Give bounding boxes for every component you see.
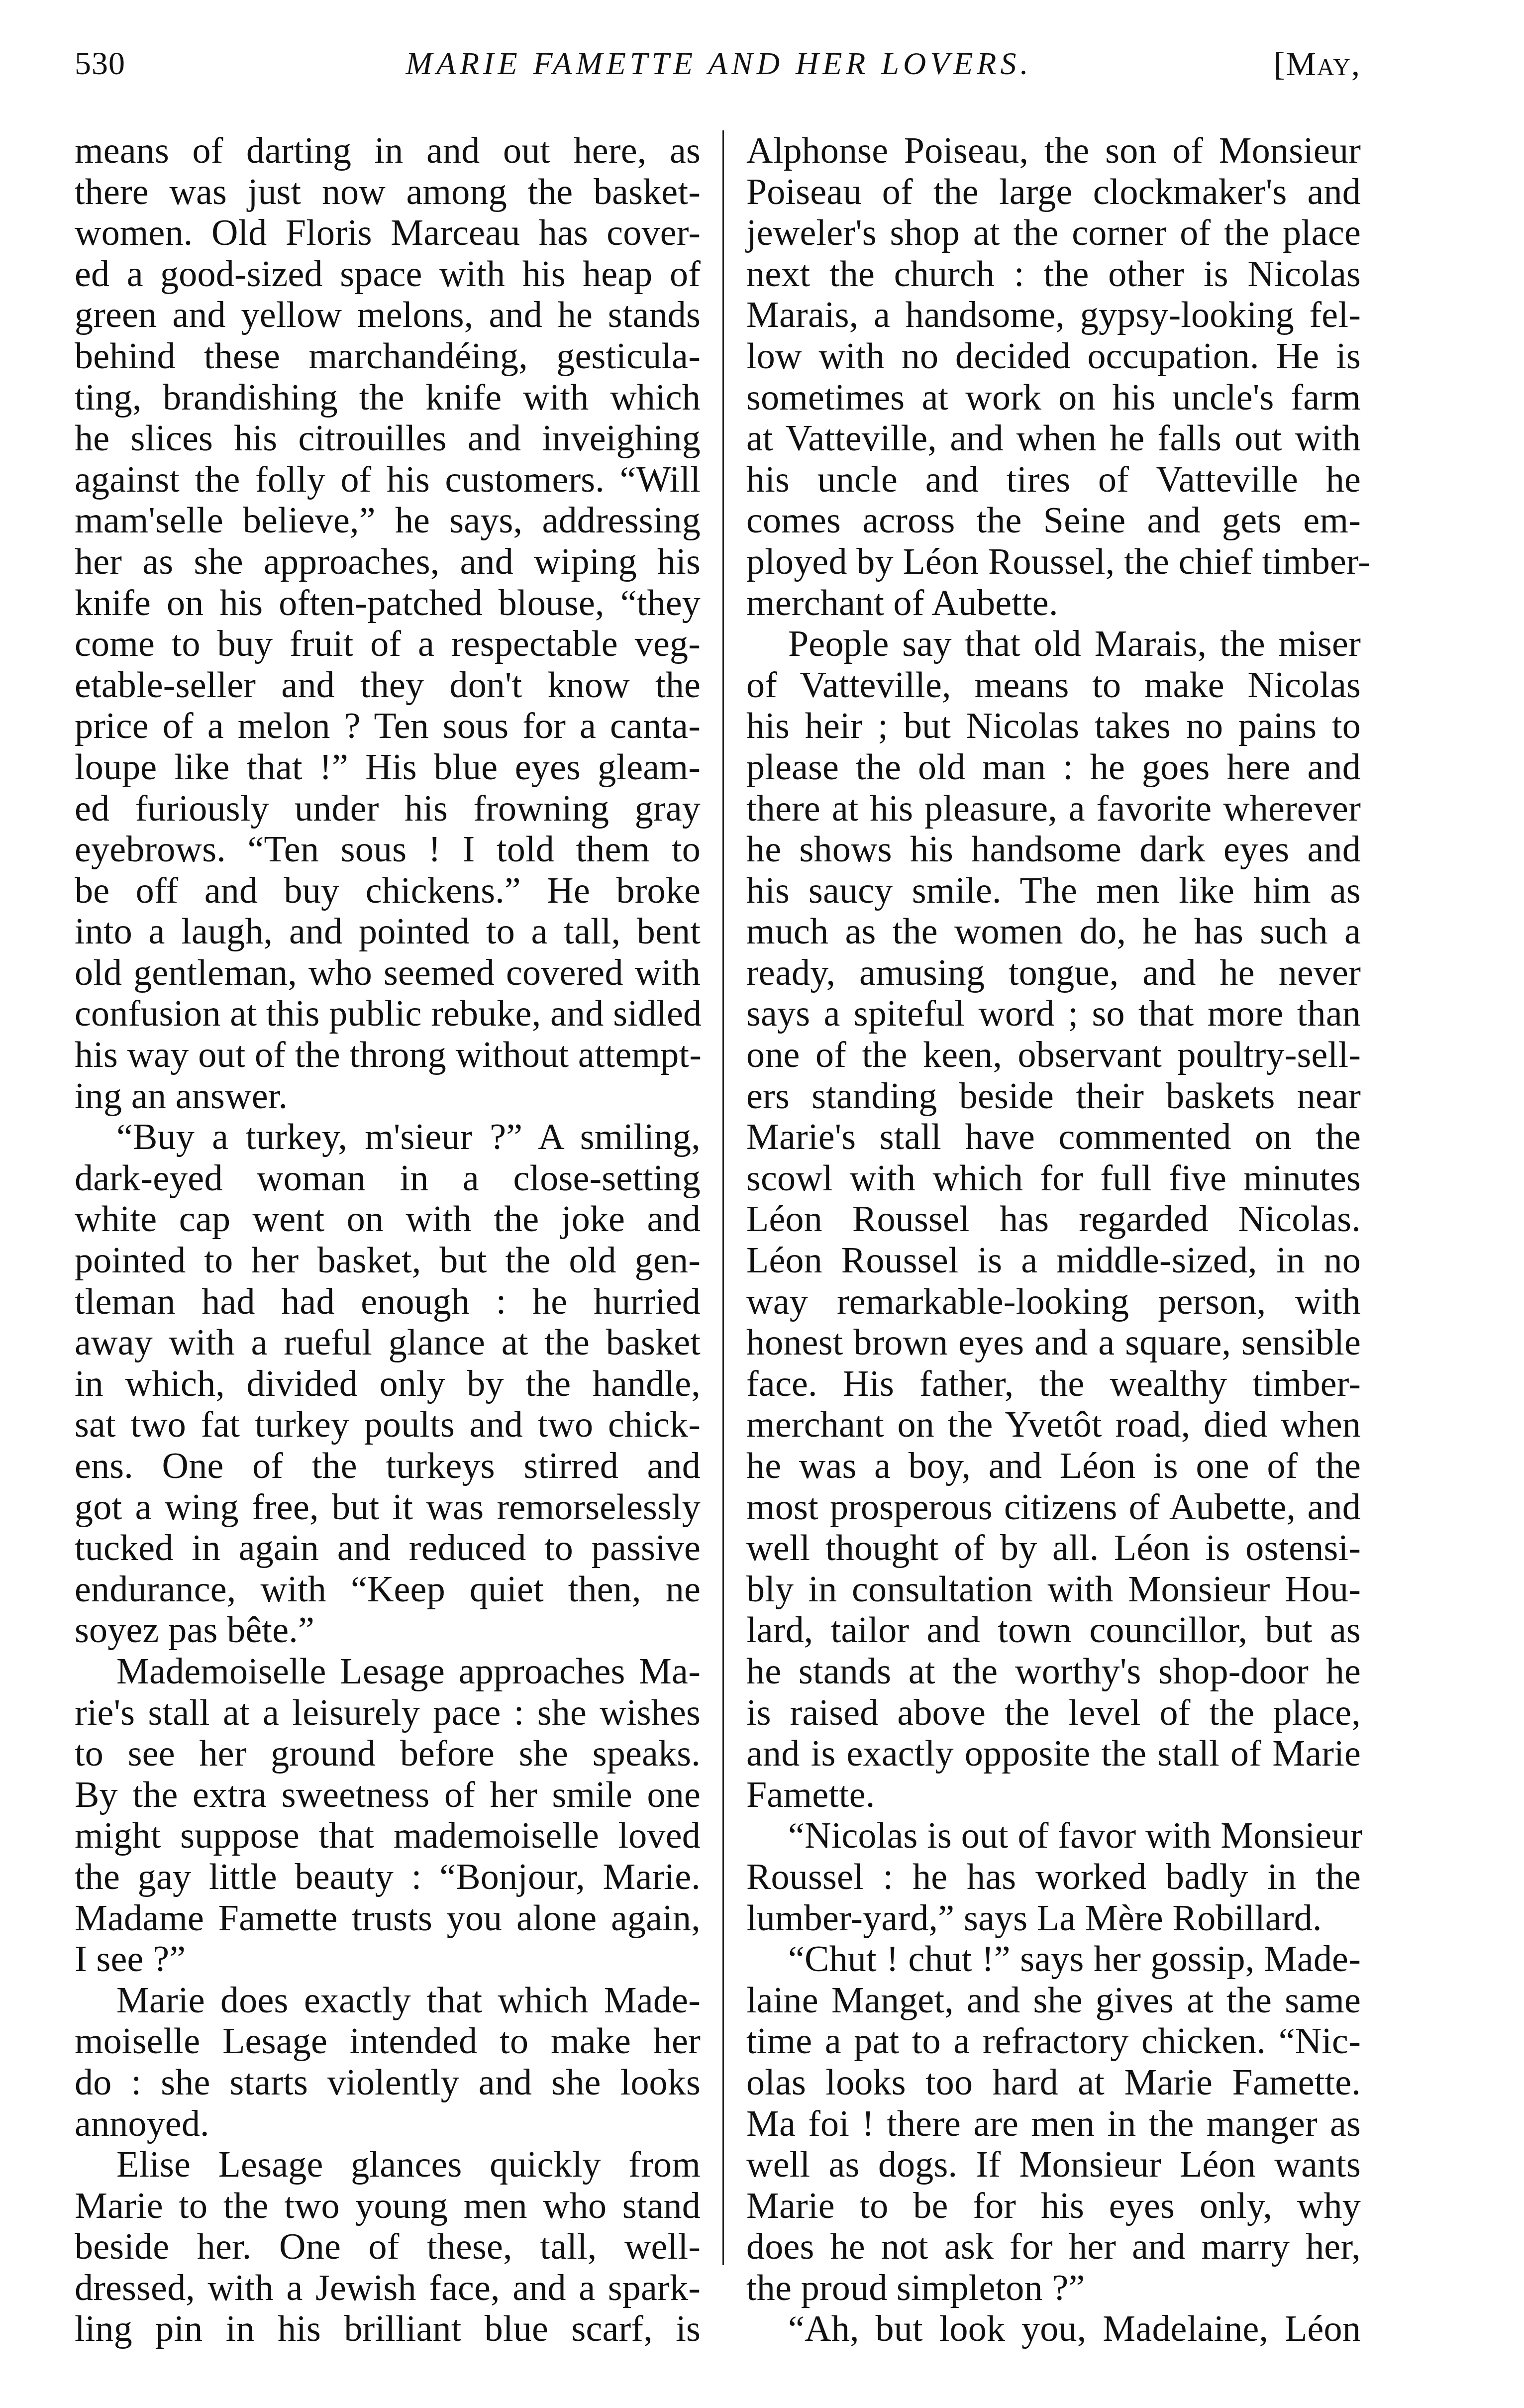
text-line: “Buy a turkey, m'sieur ?” A smiling, bbox=[75, 1117, 701, 1158]
text-line: one of the keen, observant poultry-sell- bbox=[746, 1035, 1361, 1076]
text-line: endurance, with “Keep quiet then, ne bbox=[75, 1569, 701, 1610]
text-line: etable-seller and they don't know the bbox=[75, 665, 701, 706]
text-line: sat two fat turkey poults and two chick- bbox=[75, 1404, 701, 1446]
text-line: Léon Roussel has regarded Nicolas. bbox=[746, 1199, 1361, 1240]
text-line: at Vatteville, and when he falls out wit… bbox=[746, 418, 1361, 459]
text-line: his saucy smile. The men like him as bbox=[746, 870, 1361, 912]
text-line: her as she approaches, and wiping his bbox=[75, 541, 701, 583]
text-line: to see her ground before she speaks. bbox=[75, 1733, 701, 1775]
text-line: green and yellow melons, and he stands bbox=[75, 295, 701, 336]
text-line: sometimes at work on his uncle's farm bbox=[746, 377, 1361, 419]
text-line: there at his pleasure, a favorite wherev… bbox=[746, 788, 1361, 830]
text-line: come to buy fruit of a respectable veg- bbox=[75, 624, 701, 665]
issue-month: [May, bbox=[1274, 44, 1361, 84]
text-line: ens. One of the turkeys stirred and bbox=[75, 1446, 701, 1487]
text-line: ed a good-sized space with his heap of bbox=[75, 254, 701, 295]
text-line: time a pat to a refractory chicken. “Nic… bbox=[746, 2021, 1361, 2062]
text-line: tleman had had enough : he hurried bbox=[75, 1281, 701, 1323]
text-line: ing an answer. bbox=[75, 1076, 701, 1117]
text-line: ployed by Léon Roussel, the chief timber… bbox=[746, 541, 1361, 583]
text-line: Famette. bbox=[746, 1775, 1361, 1816]
text-line: most prosperous citizens of Aubette, and bbox=[746, 1487, 1361, 1528]
text-line: moiselle Lesage intended to make her bbox=[75, 2021, 701, 2062]
text-line: his way out of the throng without attemp… bbox=[75, 1035, 701, 1076]
text-line: beside her. One of these, tall, well- bbox=[75, 2226, 701, 2268]
text-line: comes across the Seine and gets em- bbox=[746, 500, 1361, 541]
text-line: lumber-yard,” says La Mère Robillard. bbox=[746, 1898, 1361, 1939]
text-line: women. Old Floris Marceau has cover- bbox=[75, 212, 701, 254]
text-line: and is exactly opposite the stall of Mar… bbox=[746, 1733, 1361, 1775]
text-line: his heir ; but Nicolas takes no pains to bbox=[746, 706, 1361, 747]
text-line: confusion at this public rebuke, and sid… bbox=[75, 993, 701, 1035]
text-line: got a wing free, but it was remorselessl… bbox=[75, 1487, 701, 1528]
text-line: bly in consultation with Monsieur Hou- bbox=[746, 1569, 1361, 1610]
text-line: jeweler's shop at the corner of the plac… bbox=[746, 212, 1361, 254]
text-line: “Ah, but look you, Madelaine, Léon bbox=[746, 2308, 1361, 2350]
book-page: 530 Marie Famette and Her Lovers. [May, … bbox=[0, 0, 1524, 2408]
text-line: well thought of by all. Léon is ostensi- bbox=[746, 1528, 1361, 1569]
text-line: Marie's stall have commented on the bbox=[746, 1117, 1361, 1158]
text-line: Ma foi ! there are men in the manger as bbox=[746, 2103, 1361, 2145]
text-line: soyez pas bête.” bbox=[75, 1610, 701, 1651]
left-column: means of darting in and out here, asther… bbox=[75, 130, 701, 2350]
text-line: “Nicolas is out of favor with Monsieur bbox=[746, 1815, 1361, 1857]
text-line: People say that old Marais, the miser bbox=[746, 624, 1361, 665]
text-line: olas looks too hard at Marie Famette. bbox=[746, 2062, 1361, 2103]
text-line: rie's stall at a leisurely pace : she wi… bbox=[75, 1692, 701, 1734]
text-line: behind these marchandéing, gesticula- bbox=[75, 336, 701, 377]
text-line: be off and buy chickens.” He broke bbox=[75, 870, 701, 912]
text-line: ed furiously under his frowning gray bbox=[75, 788, 701, 830]
text-line: ready, amusing tongue, and he never bbox=[746, 952, 1361, 994]
text-line: means of darting in and out here, as bbox=[75, 130, 701, 172]
text-line: Léon Roussel is a middle-sized, in no bbox=[746, 1240, 1361, 1281]
text-line: into a laugh, and pointed to a tall, ben… bbox=[75, 911, 701, 952]
text-line: his uncle and tires of Vatteville he bbox=[746, 459, 1361, 501]
text-line: ting, brandishing the knife with which bbox=[75, 377, 701, 419]
text-line: Alphonse Poiseau, the son of Monsieur bbox=[746, 130, 1361, 172]
text-line: ling pin in his brilliant blue scarf, is bbox=[75, 2308, 701, 2350]
text-line: white cap went on with the joke and bbox=[75, 1199, 701, 1240]
text-line: ers standing beside their baskets near bbox=[746, 1076, 1361, 1117]
page-number: 530 bbox=[75, 44, 125, 84]
text-line: away with a rueful glance at the basket bbox=[75, 1322, 701, 1363]
running-title: Marie Famette and Her Lovers. bbox=[358, 44, 1080, 84]
text-line: he was a boy, and Léon is one of the bbox=[746, 1446, 1361, 1487]
text-line: annoyed. bbox=[75, 2103, 701, 2145]
text-line: he shows his handsome dark eyes and bbox=[746, 829, 1361, 870]
text-line: he stands at the worthy's shop-door he bbox=[746, 1651, 1361, 1692]
text-line: loupe like that !” His blue eyes gleam- bbox=[75, 747, 701, 788]
text-line: I see ?” bbox=[75, 1939, 701, 1980]
text-line: in which, divided only by the handle, bbox=[75, 1363, 701, 1405]
text-line: “Chut ! chut !” says her gossip, Made- bbox=[746, 1939, 1361, 1980]
text-line: Marie does exactly that which Made- bbox=[75, 1980, 701, 2021]
text-line: Roussel : he has worked badly in the bbox=[746, 1857, 1361, 1898]
text-line: merchant of Aubette. bbox=[746, 583, 1361, 624]
text-line: Elise Lesage glances quickly from bbox=[75, 2144, 701, 2186]
text-line: face. His father, the wealthy timber- bbox=[746, 1363, 1361, 1405]
text-line: tucked in again and reduced to passive bbox=[75, 1528, 701, 1569]
running-head: 530 Marie Famette and Her Lovers. [May, bbox=[75, 44, 1361, 84]
text-line: mam'selle believe,” he says, addressing bbox=[75, 500, 701, 541]
text-line: laine Manget, and she gives at the same bbox=[746, 1980, 1361, 2021]
text-line: merchant on the Yvetôt road, died when bbox=[746, 1404, 1361, 1446]
text-line: Poiseau of the large clockmaker's and bbox=[746, 172, 1361, 213]
text-line: is raised above the level of the place, bbox=[746, 1692, 1361, 1734]
text-line: there was just now among the basket- bbox=[75, 172, 701, 213]
right-column: Alphonse Poiseau, the son of MonsieurPoi… bbox=[746, 130, 1361, 2350]
text-line: Madame Famette trusts you alone again, bbox=[75, 1898, 701, 1939]
text-line: lard, tailor and town councillor, but as bbox=[746, 1610, 1361, 1651]
text-line: does he not ask for her and marry her, bbox=[746, 2226, 1361, 2268]
text-line: price of a melon ? Ten sous for a canta- bbox=[75, 706, 701, 747]
text-line: Marie to be for his eyes only, why bbox=[746, 2186, 1361, 2227]
text-line: of Vatteville, means to make Nicolas bbox=[746, 665, 1361, 706]
text-line: low with no decided occupation. He is bbox=[746, 336, 1361, 377]
text-line: By the extra sweetness of her smile one bbox=[75, 1775, 701, 1816]
text-line: scowl with which for full five minutes bbox=[746, 1158, 1361, 1199]
text-line: do : she starts violently and she looks bbox=[75, 2062, 701, 2103]
text-line: says a spiteful word ; so that more than bbox=[746, 993, 1361, 1035]
text-line: against the folly of his customers. “Wil… bbox=[75, 459, 701, 501]
text-line: Marie to the two young men who stand bbox=[75, 2186, 701, 2227]
text-line: pointed to her basket, but the old gen- bbox=[75, 1240, 701, 1281]
text-line: much as the women do, he has such a bbox=[746, 911, 1361, 952]
text-line: might suppose that mademoiselle loved bbox=[75, 1815, 701, 1857]
text-line: he slices his citrouilles and inveighing bbox=[75, 418, 701, 459]
text-line: way remarkable-looking person, with bbox=[746, 1281, 1361, 1323]
text-line: well as dogs. If Monsieur Léon wants bbox=[746, 2144, 1361, 2186]
text-line: dressed, with a Jewish face, and a spark… bbox=[75, 2268, 701, 2309]
text-line: honest brown eyes and a square, sensible bbox=[746, 1322, 1361, 1363]
text-line: please the old man : he goes here and bbox=[746, 747, 1361, 788]
text-line: next the church : the other is Nicolas bbox=[746, 254, 1361, 295]
text-line: dark-eyed woman in a close-setting bbox=[75, 1158, 701, 1199]
text-line: eyebrows. “Ten sous ! I told them to bbox=[75, 829, 701, 870]
text-line: knife on his often-patched blouse, “they bbox=[75, 583, 701, 624]
text-line: old gentleman, who seemed covered with bbox=[75, 952, 701, 994]
text-line: Mademoiselle Lesage approaches Ma- bbox=[75, 1651, 701, 1692]
column-divider bbox=[722, 130, 724, 2265]
text-line: Marais, a handsome, gypsy-looking fel- bbox=[746, 295, 1361, 336]
text-line: the proud simpleton ?” bbox=[746, 2268, 1361, 2309]
text-line: the gay little beauty : “Bonjour, Marie. bbox=[75, 1857, 701, 1898]
